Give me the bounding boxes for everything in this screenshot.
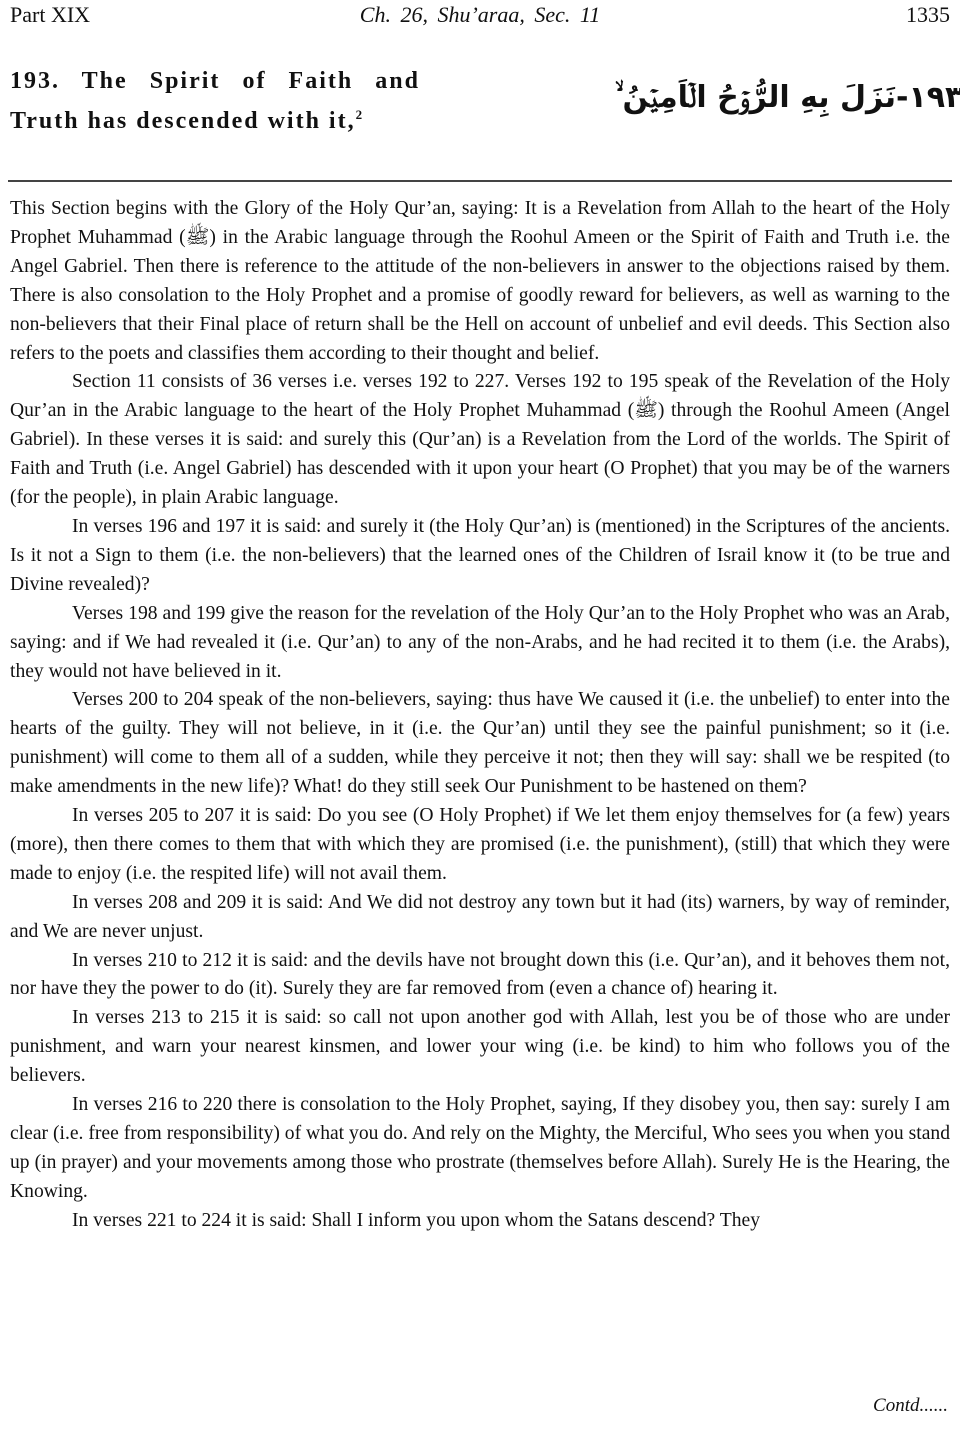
commentary-paragraph: Section 11 consists of 36 verses i.e. ve… (10, 368, 950, 513)
commentary-paragraph: In verses 216 to 220 there is consolatio… (10, 1091, 950, 1207)
chapter-label: Ch. 26, Shu’araa, Sec. 11 (10, 2, 950, 28)
verse-heading-text: 193. The Spirit of Faith and Truth has d… (10, 68, 420, 134)
commentary-paragraph: In verses 221 to 224 it is said: Shall I… (10, 1207, 950, 1236)
page-number: 1335 (906, 2, 950, 28)
commentary-body: This Section begins with the Glory of th… (10, 195, 950, 1236)
commentary-paragraph: In verses 196 and 197 it is said: and su… (10, 513, 950, 600)
heading-divider (8, 180, 952, 182)
commentary-paragraph: In verses 208 and 209 it is said: And We… (10, 889, 950, 947)
commentary-paragraph: In verses 210 to 212 it is said: and the… (10, 947, 950, 1005)
commentary-paragraph: In verses 213 to 215 it is said: so call… (10, 1004, 950, 1091)
commentary-paragraph: This Section begins with the Glory of th… (10, 195, 950, 368)
continued-marker: Contd...... (873, 1395, 948, 1417)
commentary-paragraph: In verses 205 to 207 it is said: Do you … (10, 802, 950, 889)
commentary-paragraph: Verses 198 and 199 give the reason for t… (10, 600, 950, 687)
footnote-marker: 2 (356, 107, 363, 122)
running-head: Part XIX Ch. 26, Shu’araa, Sec. 11 1335 (10, 2, 950, 32)
commentary-paragraph: Verses 200 to 204 speak of the non-belie… (10, 686, 950, 802)
verse-heading: 193. The Spirit of Faith and Truth has d… (10, 64, 420, 138)
arabic-verse: ۱۹۳-نَزَلَ بِهِ الرُّوۡحُ الۡاَمِیۡنُ ۙ (615, 80, 960, 115)
